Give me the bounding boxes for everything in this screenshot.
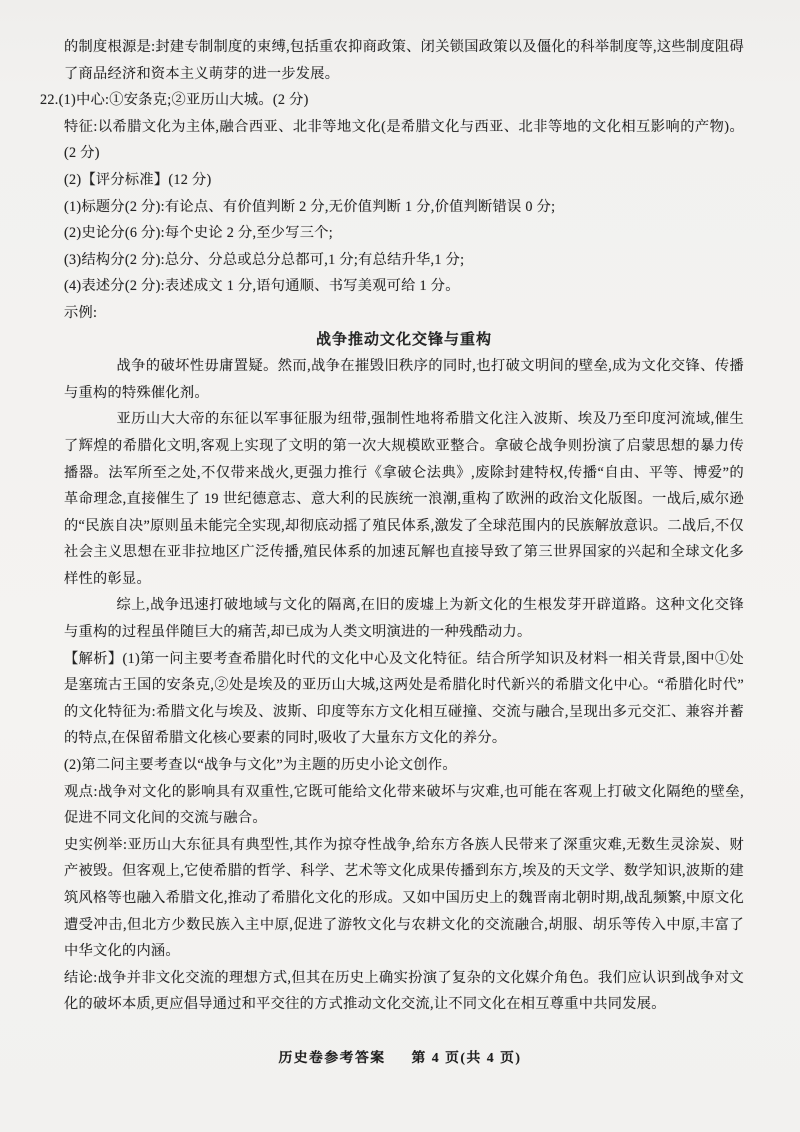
scoring-rule-expression: (4)表述分(2 分):表述成文 1 分,语句通顺、书写美观可给 1 分。 [64,273,744,300]
footer-page-number: 第 4 页(共 4 页) [412,1050,522,1065]
answer-22-center: 22.(1)中心:①安条克;②亚历山大城。(2 分) [64,87,744,114]
page-footer: 历史卷参考答案第 4 页(共 4 页) [0,1046,800,1066]
analysis-part-1: 【解析】(1)第一问主要考查希腊化时代的文化中心及文化特征。结合所学知识及材料一… [64,646,744,752]
answer-22-scoring-standard-heading: (2)【评分标准】(12 分) [64,167,744,194]
essay-intro: 战争的破坏性毋庸置疑。然而,战争在摧毁旧秩序的同时,也打破文明间的壁垒,成为文化… [64,353,744,406]
essay-body: 亚历山大大帝的东征以军事征服为纽带,强制性地将希腊文化注入波斯、埃及乃至印度河流… [64,406,744,592]
essay-conclusion: 综上,战争迅速打破地域与文化的隔离,在旧的废墟上为新文化的生根发芽开辟道路。这种… [64,592,744,645]
analysis-conclusion: 结论:战争并非文化交流的理想方式,但其在历史上确实扮演了复杂的文化媒介角色。我们… [64,965,744,1018]
answer-22-feature: 特征:以希腊文化为主体,融合西亚、北非等地文化(是希腊文化与西亚、北非等地的文化… [64,114,744,167]
analysis-part-2: (2)第二问主要考查以“战争与文化”为主题的历史小论文创作。 [64,752,744,779]
analysis-viewpoint: 观点:战争对文化的影响具有双重性,它既可能给文化带来破坏与灾难,也可能在客观上打… [64,779,744,832]
analysis-examples: 史实例举:亚历山大东征具有典型性,其作为掠夺性战争,给东方各族人民带来了深重灾难… [64,832,744,965]
scoring-rule-argument: (2)史论分(6 分):每个史论 2 分,至少写三个; [64,220,744,247]
scanned-answer-page: 的制度根源是:封建专制制度的束缚,包括重农抑商政策、闭关锁国政策以及僵化的科举制… [0,0,800,1132]
essay-title: 战争推动文化交锋与重构 [64,327,744,354]
document-body: 的制度根源是:封建专制制度的束缚,包括重农抑商政策、闭关锁国政策以及僵化的科举制… [64,34,744,1018]
scoring-rule-title: (1)标题分(2 分):有论点、有价值判断 2 分,无价值判断 1 分,价值判断… [64,194,744,221]
example-label: 示例: [64,300,744,327]
scoring-rule-structure: (3)结构分(2 分):总分、分总或总分总都可,1 分;有总结升华,1 分; [64,247,744,274]
footer-document-title: 历史卷参考答案 [278,1050,385,1065]
answer-21-continuation: 的制度根源是:封建专制制度的束缚,包括重农抑商政策、闭关锁国政策以及僵化的科举制… [64,34,744,87]
